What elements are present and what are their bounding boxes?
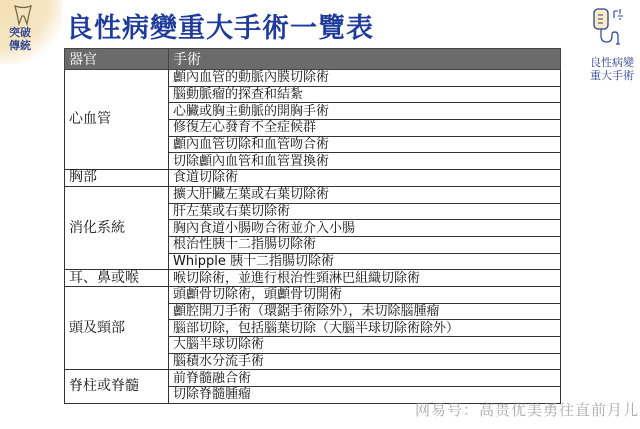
organ-cell: 脊柱或脊髓	[65, 370, 169, 403]
watermark: 网易号：高贵优美勇往直前月儿	[415, 399, 639, 420]
procedure-cell: 顱內血管的動脈內膜切除術	[169, 70, 561, 87]
procedure-cell: 前脊髓融合術	[169, 370, 561, 387]
organ-cell: 心血管	[65, 70, 169, 170]
logo-line-2: 重大手術	[588, 69, 636, 82]
header-surgery: 手術	[169, 49, 561, 70]
procedure-cell: 肝左葉或右葉切除術	[169, 203, 561, 220]
procedure-cell: 頭顱骨切除術，頭顱骨切開術	[169, 286, 561, 303]
procedure-cell: 腦動脈瘤的探查和結紮	[169, 86, 561, 103]
header-organ: 器官	[65, 49, 169, 70]
badge-line-1: 突破	[9, 26, 31, 39]
procedure-cell: 腦積水分流手術	[169, 353, 561, 370]
surgery-table: 器官 手術 心血管 顱內血管的動脈內膜切除術 腦動脈瘤的探查和結紮 心臟或胸主動…	[64, 48, 561, 404]
procedure-cell: 胸內食道小腸吻合術並介入小腸	[169, 220, 561, 237]
organ-cell: 消化系統	[65, 186, 169, 269]
logo: 良性病變 重大手術	[588, 6, 638, 86]
table-row: 脊柱或脊髓 前脊髓融合術	[65, 370, 561, 387]
procedure-cell: 腦部切除，包括腦葉切除（大腦半球切除術除外）	[169, 320, 561, 337]
procedure-cell: 切除顱內血管和血管置換術	[169, 153, 561, 170]
organ-cell: 耳、鼻或喉	[65, 270, 169, 287]
procedure-cell: Whipple 胰十二指腸切除術	[169, 253, 561, 270]
procedure-cell: 喉切除術，並進行根治性頸淋巴組織切除術	[169, 270, 561, 287]
table-row: 消化系統 擴大肝臟左葉或右葉切除術	[65, 186, 561, 203]
table-row: 胸部 食道切除術	[65, 170, 561, 187]
tooth-icon	[12, 4, 34, 26]
table-row: 頭及頸部 頭顱骨切除術，頭顱骨切開術	[65, 286, 561, 303]
logo-line-1: 良性病變	[588, 56, 636, 69]
organ-cell: 胸部	[65, 170, 169, 187]
procedure-cell: 修復左心發育不全症候群	[169, 120, 561, 137]
table-row: 耳、鼻或喉 喉切除術，並進行根治性頸淋巴組織切除術	[65, 270, 561, 287]
procedure-cell: 顱內血管切除和血管吻合術	[169, 136, 561, 153]
table-row: 心血管 顱內血管的動脈內膜切除術	[65, 70, 561, 87]
procedure-cell: 根治性胰十二指腸切除術	[169, 236, 561, 253]
corner-badge: 突破 傳統	[0, 0, 62, 64]
procedure-cell: 食道切除術	[169, 170, 561, 187]
badge-line-2: 傳統	[9, 39, 31, 52]
organ-cell: 頭及頸部	[65, 286, 169, 369]
table-header-row: 器官 手術	[65, 49, 561, 70]
procedure-cell: 顱腔開刀手術（環鋸手術除外），未切除腦腫瘤	[169, 303, 561, 320]
iv-drip-icon	[590, 6, 630, 56]
procedure-cell: 擴大肝臟左葉或右葉切除術	[169, 186, 561, 203]
procedure-cell: 大腦半球切除術	[169, 337, 561, 354]
page-title: 良性病變重大手術一覽表	[66, 6, 374, 45]
procedure-cell: 心臟或胸主動脈的開胸手術	[169, 103, 561, 120]
